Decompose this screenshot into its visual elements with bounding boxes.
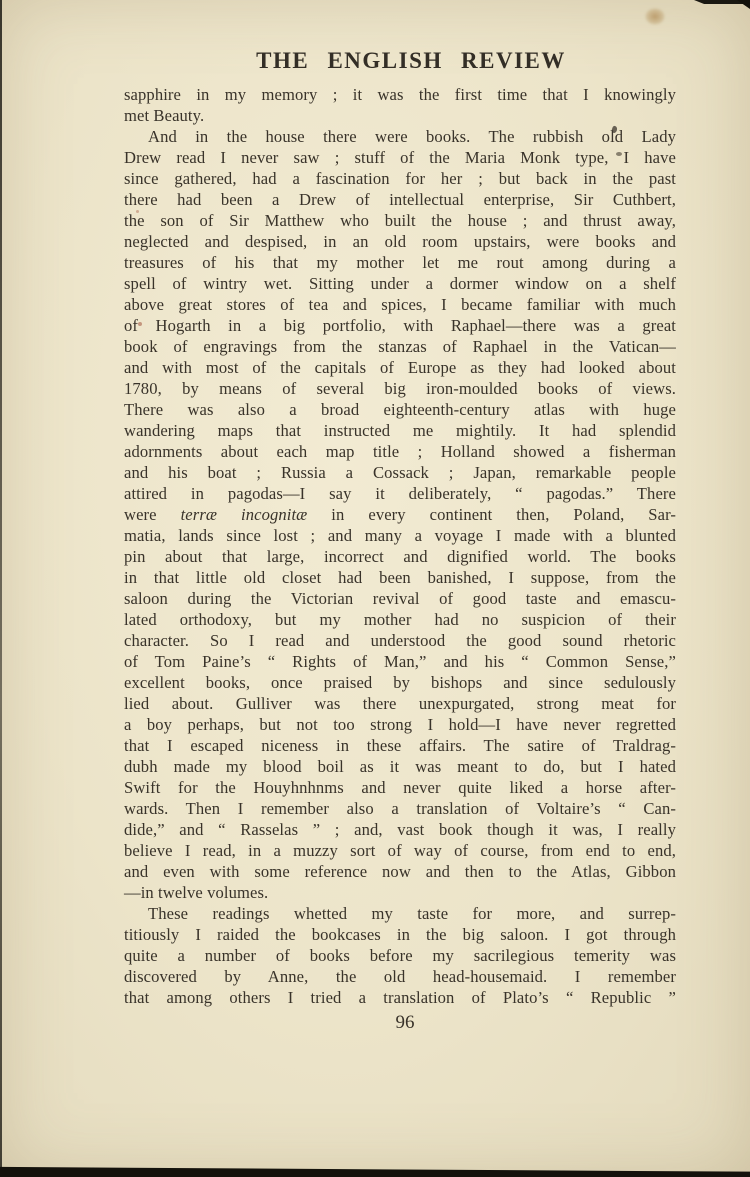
text-line: above great stores of tea and spices, I … <box>124 294 676 315</box>
text-line: of Hogarth in a big portfolio, with Raph… <box>124 315 676 336</box>
text-line: And in the house there were books. The r… <box>124 126 676 147</box>
text-line: There was also a broad eighteenth-centur… <box>124 399 676 420</box>
text-line: saloon during the Victorian revival of g… <box>124 588 676 609</box>
text-line: the son of Sir Matthew who built the hou… <box>124 210 676 231</box>
text-line: quite a number of books before my sacril… <box>124 945 676 966</box>
print-artifact-mark <box>616 152 622 156</box>
body-text: sapphire in my memory ; it was the first… <box>124 84 676 1008</box>
paper-stain <box>645 8 665 25</box>
text-line: pin about that large, incorrect and dign… <box>124 546 676 567</box>
text-line: neglected and despised, in an old room u… <box>124 231 676 252</box>
text-line: titiously I raided the bookcases in the … <box>124 924 676 945</box>
text-line: lated orthodoxy, but my mother had no su… <box>124 609 676 630</box>
text-line: there had been a Drew of intellectual en… <box>124 189 676 210</box>
scan-corner-top-right <box>737 0 750 9</box>
paragraph: These readings whetted my taste for more… <box>124 903 676 1008</box>
text-line: 1780, by means of several big iron-mould… <box>124 378 676 399</box>
text-line: in that little old closet had been banis… <box>124 567 676 588</box>
text-line: met Beauty. <box>124 105 676 126</box>
text-line: wandering maps that instructed me mighti… <box>124 420 676 441</box>
text-line: lied about. Gulliver was there unexpurga… <box>124 693 676 714</box>
scan-edge-left <box>0 0 2 1169</box>
text-line: dide,” and “ Rasselas ” ; and, vast book… <box>124 819 676 840</box>
text-line: —in twelve volumes. <box>124 882 676 903</box>
text-line: sapphire in my memory ; it was the first… <box>124 84 676 105</box>
scan-edge-bottom <box>0 1163 750 1177</box>
running-head: THE ENGLISH REVIEW <box>124 48 676 74</box>
text-line: treasures of his that my mother let me r… <box>124 252 676 273</box>
text-line: These readings whetted my taste for more… <box>124 903 676 924</box>
text-line: and with most of the capitals of Europe … <box>124 357 676 378</box>
text-line: book of engravings from the stanzas of R… <box>124 336 676 357</box>
text-line: Drew read I never saw ; stuff of the Mar… <box>124 147 676 168</box>
text-line: wards. Then I remember also a translatio… <box>124 798 676 819</box>
text-line: that among others I tried a translation … <box>124 987 676 1008</box>
paragraph: And in the house there were books. The r… <box>124 126 676 903</box>
text-line: discovered by Anne, the old head-housema… <box>124 966 676 987</box>
text-line: were terræ incognitæ in every continent … <box>124 504 676 525</box>
text-line: attired in pagodas—I say it deliberately… <box>124 483 676 504</box>
text-line: dubh made my blood boil as it was meant … <box>124 756 676 777</box>
text-line: Swift for the Houyhnhnms and never quite… <box>124 777 676 798</box>
text-line: adornments about each map title ; Hollan… <box>124 441 676 462</box>
text-line: a boy perhaps, but not too strong I hold… <box>124 714 676 735</box>
text-line: and his boat ; Russia a Cossack ; Japan,… <box>124 462 676 483</box>
text-line: excellent books, once praised by bishops… <box>124 672 676 693</box>
text-line: character. So I read and understood the … <box>124 630 676 651</box>
text-line: matia, lands since lost ; and many a voy… <box>124 525 676 546</box>
paragraph: sapphire in my memory ; it was the first… <box>124 84 676 126</box>
text-line: believe I read, in a muzzy sort of way o… <box>124 840 676 861</box>
text-line: since gathered, had a fascination for he… <box>124 168 676 189</box>
text-line: of Tom Paine’s “ Rights of Man,” and his… <box>124 651 676 672</box>
paper-speck <box>138 322 142 326</box>
text-line: and even with some reference now and the… <box>124 861 676 882</box>
text-line: spell of wintry wet. Sitting under a dor… <box>124 273 676 294</box>
scanned-book-page: THE ENGLISH REVIEW sapphire in my memory… <box>0 0 750 1177</box>
page-number: 96 <box>124 1012 676 1034</box>
paper-speck <box>136 210 139 213</box>
text-line: that I escaped niceness in these affairs… <box>124 735 676 756</box>
